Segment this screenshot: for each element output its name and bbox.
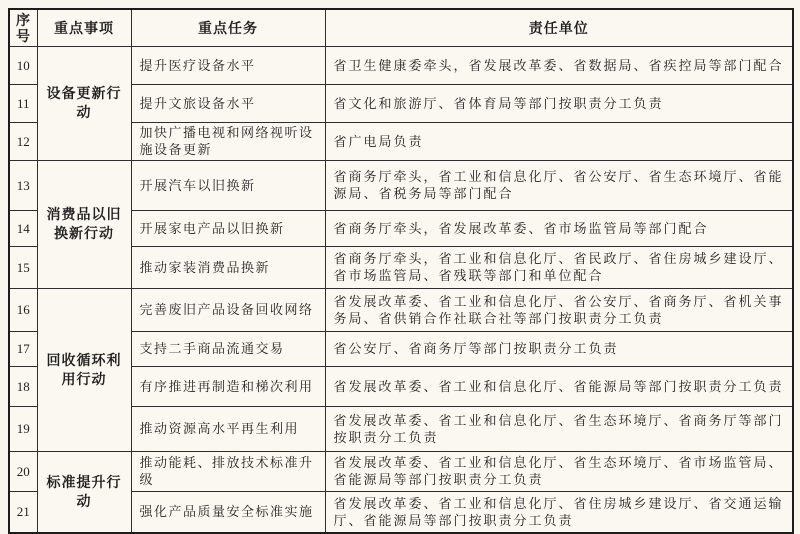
task-cell: 推动家装消费品换新 [131,246,325,288]
task-cell: 强化产品质量安全标准实施 [131,491,325,533]
row-number: 15 [9,246,37,288]
table-row: 10 设备更新行动 提升医疗设备水平 省卫生健康委牵头，省发展改革委、省数据局、… [9,46,793,84]
unit-cell: 省卫生健康委牵头，省发展改革委、省数据局、省疾控局等部门配合 [325,46,793,84]
unit-cell: 省广电局负责 [325,122,793,160]
row-number: 18 [9,366,37,406]
task-cell: 提升文旅设备水平 [131,84,325,122]
row-number: 11 [9,84,37,122]
header-cell-task: 重点任务 [131,9,325,46]
task-cell: 提升医疗设备水平 [131,46,325,84]
row-number: 10 [9,46,37,84]
row-number: 17 [9,331,37,366]
row-number: 21 [9,491,37,533]
task-cell: 推动资源高水平再生利用 [131,406,325,451]
header-cell-item: 重点事项 [37,9,131,46]
unit-cell: 省商务厅牵头，省工业和信息化厅、省公安厅、省生态环境厅、省能源局、省税务局等部门… [325,160,793,210]
row-number: 16 [9,288,37,331]
unit-cell: 省发展改革委、省工业和信息化厅、省生态环境厅、省市场监管局、省能源局等部门按职责… [325,451,793,491]
unit-cell: 省文化和旅游厅、省体育局等部门按职责分工负责 [325,84,793,122]
header-cell-no: 序号 [9,9,37,46]
row-number: 13 [9,160,37,210]
header-cell-unit: 责任单位 [325,9,793,46]
unit-cell: 省发展改革委、省工业和信息化厅、省公安厅、省商务厅、省机关事务局、省供销合作社联… [325,288,793,331]
key-tasks-table: 序号 重点事项 重点任务 责任单位 10 设备更新行动 提升医疗设备水平 省卫生… [8,8,794,534]
row-number: 14 [9,210,37,246]
unit-cell: 省发展改革委、省工业和信息化厅、省住房城乡建设厅、省交通运输厅、省能源局等部门按… [325,491,793,533]
task-cell: 开展家电产品以旧换新 [131,210,325,246]
unit-cell: 省公安厅、省商务厅等部门按职责分工负责 [325,331,793,366]
table-row: 16 回收循环利用行动 完善废旧产品设备回收网络 省发展改革委、省工业和信息化厅… [9,288,793,331]
task-cell: 加快广播电视和网络视听设施设备更新 [131,122,325,160]
header-row: 序号 重点事项 重点任务 责任单位 [9,9,793,46]
unit-cell: 省商务厅牵头，省发展改革委、省市场监管局等部门配合 [325,210,793,246]
group-cell-recycling: 回收循环利用行动 [37,288,131,451]
task-cell: 有序推进再制造和梯次利用 [131,366,325,406]
task-cell: 支持二手商品流通交易 [131,331,325,366]
row-number: 19 [9,406,37,451]
task-cell: 完善废旧产品设备回收网络 [131,288,325,331]
group-cell-equipment-renewal: 设备更新行动 [37,46,131,160]
task-cell: 开展汽车以旧换新 [131,160,325,210]
table-row: 13 消费品以旧换新行动 开展汽车以旧换新 省商务厅牵头，省工业和信息化厅、省公… [9,160,793,210]
table-row: 20 标准提升行动 推动能耗、排放技术标准升级 省发展改革委、省工业和信息化厅、… [9,451,793,491]
group-cell-tradein: 消费品以旧换新行动 [37,160,131,288]
task-cell: 推动能耗、排放技术标准升级 [131,451,325,491]
unit-cell: 省商务厅牵头，省工业和信息化厅、省民政厅、省住房城乡建设厅、省市场监管局、省残联… [325,246,793,288]
row-number: 20 [9,451,37,491]
unit-cell: 省发展改革委、省工业和信息化厅、省能源局等部门按职责分工负责 [325,366,793,406]
group-cell-standards: 标准提升行动 [37,451,131,533]
row-number: 12 [9,122,37,160]
unit-cell: 省发展改革委、省工业和信息化厅、省生态环境厅、省商务厅等部门按职责分工负责 [325,406,793,451]
